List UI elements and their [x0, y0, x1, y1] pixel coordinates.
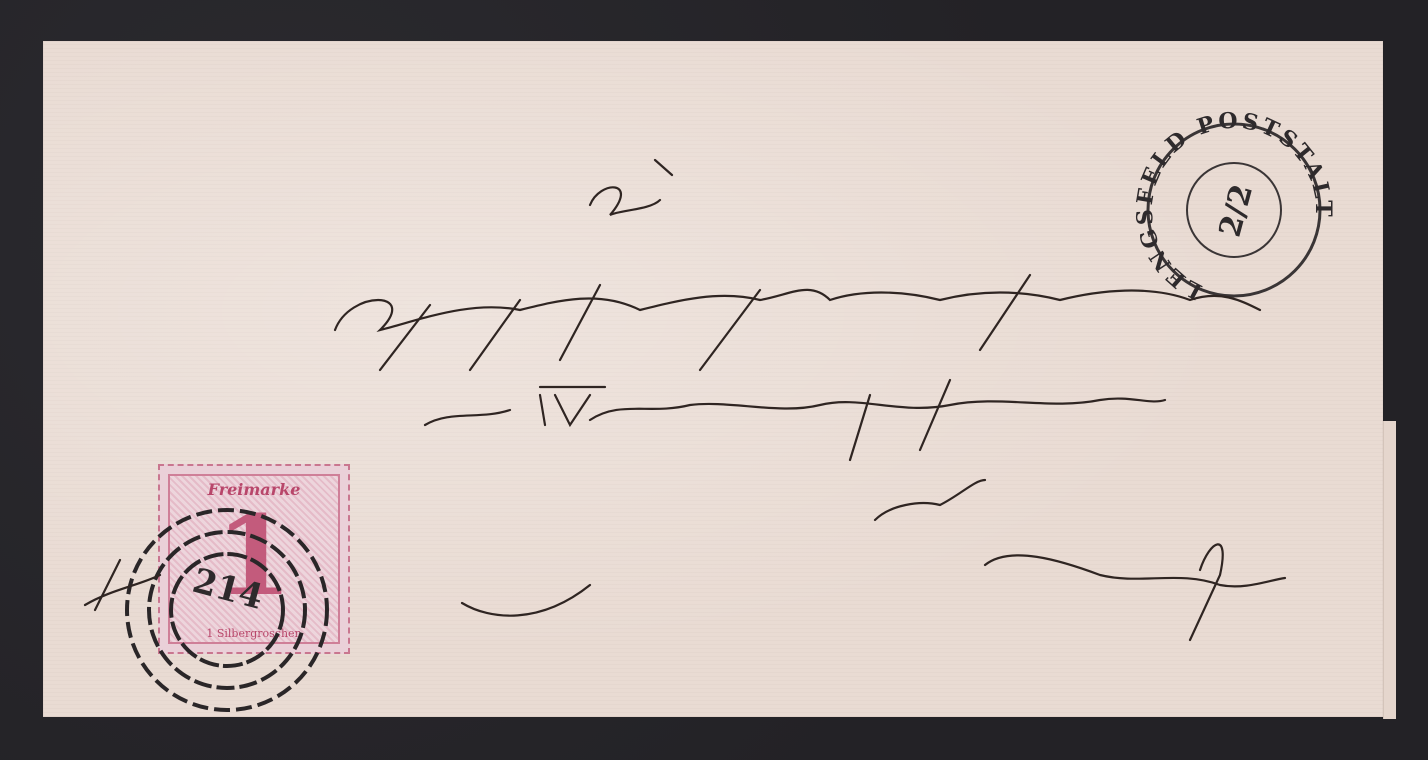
postmark-date: 2/2 — [1213, 181, 1260, 241]
ink-overlay: LENGSFELD POSTSTALT 2/2 214 — [0, 0, 1428, 760]
cancel-number: 214 — [188, 561, 267, 618]
circular-date-postmark: LENGSFELD POSTSTALT 2/2 — [1132, 108, 1336, 305]
numeral-cancel — [127, 510, 327, 710]
